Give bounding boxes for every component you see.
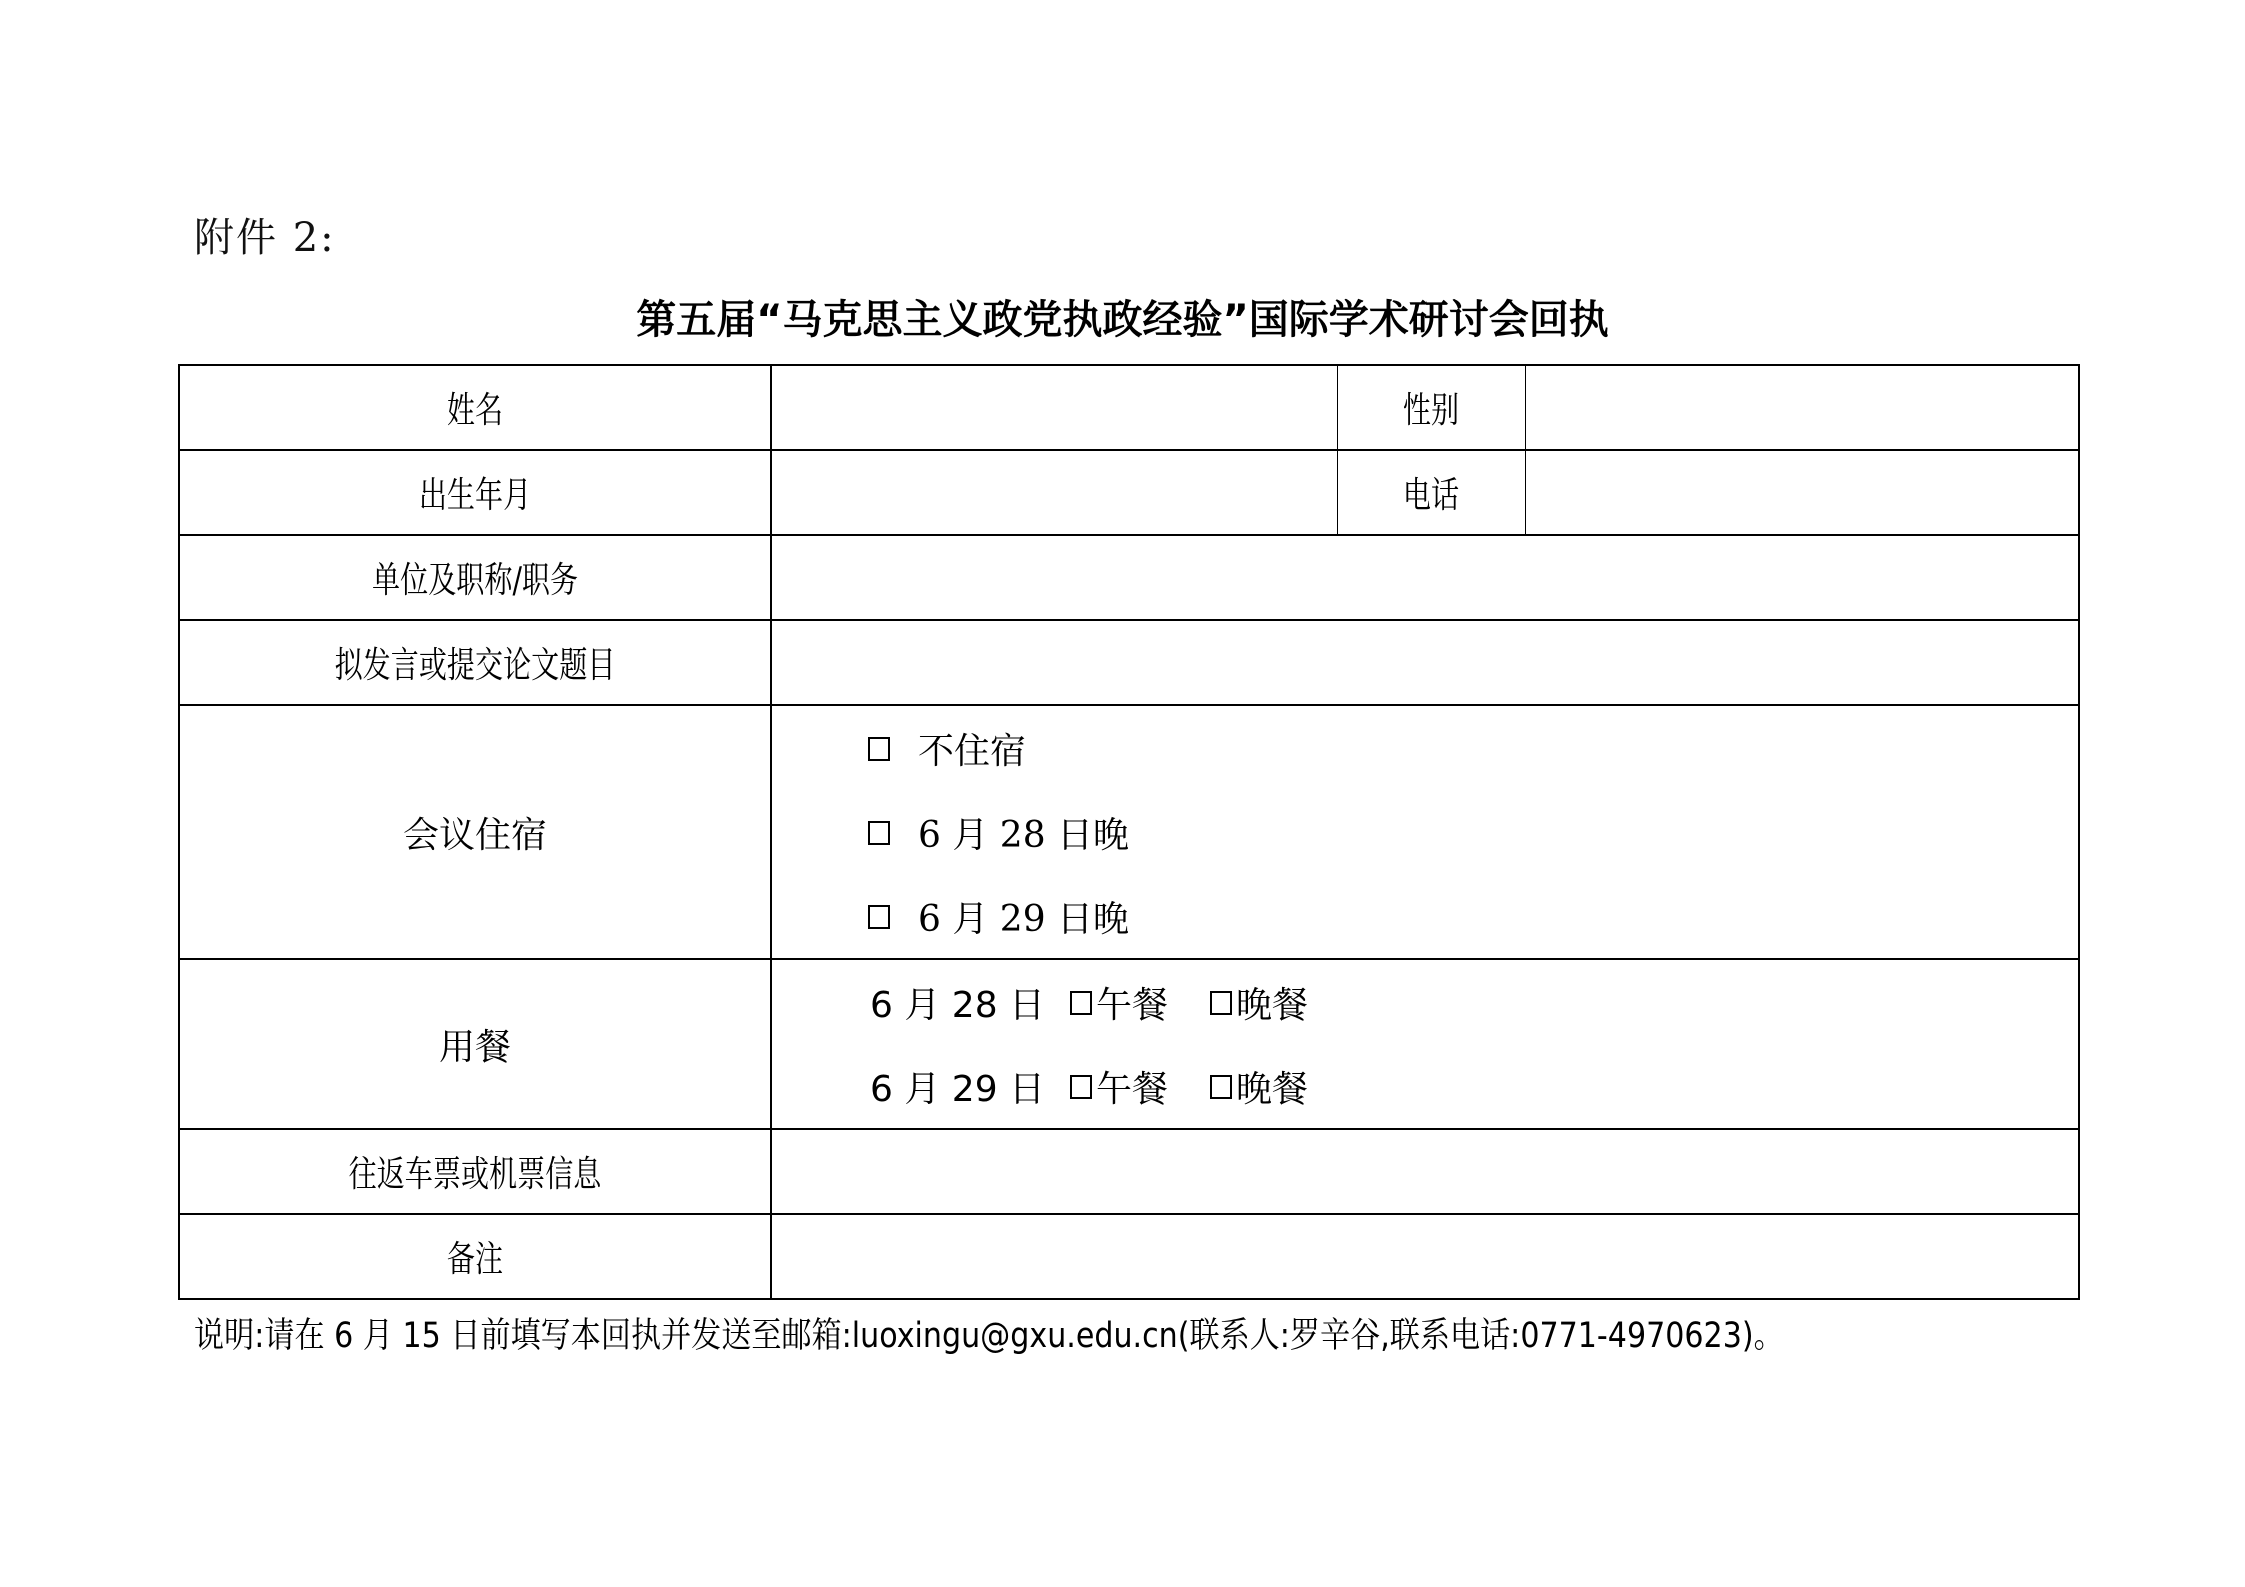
form-row-lodging: 会议住宿 不住宿 6 月 28 日晚 6 月 29 日晚: [179, 705, 2079, 959]
meal-day-june-29: 6 月 29 日 午餐 晚餐: [870, 1044, 2078, 1128]
meal-day-june-28: 6 月 28 日 午餐 晚餐: [870, 960, 2078, 1044]
meal-option-label: 晚餐: [1236, 1061, 1308, 1112]
lodging-label: 会议住宿: [403, 815, 547, 856]
checkbox-icon[interactable]: [868, 821, 890, 845]
meal-option-dinner[interactable]: 晚餐: [1210, 1061, 1308, 1112]
remarks-field[interactable]: [771, 1214, 2079, 1299]
checkbox-icon[interactable]: [1070, 991, 1092, 1015]
birth-label: 出生年月: [419, 467, 531, 518]
form-row-remarks: 备注: [179, 1214, 2079, 1299]
meal-option-dinner[interactable]: 晚餐: [1210, 977, 1308, 1028]
phone-field[interactable]: [1525, 450, 2079, 535]
lodging-option-none[interactable]: 不住宿: [868, 706, 2078, 790]
lodging-option-label: 6 月 29 日晚: [918, 891, 1129, 942]
registration-form-table: 姓名 性别 出生年月 电话 单位及职称/职务 拟发言或提交论文题目 会议住宿: [178, 364, 2080, 1300]
attachment-label: 附件 2:: [194, 208, 336, 268]
form-row-tickets: 往返车票或机票信息: [179, 1129, 2079, 1214]
lodging-option-label: 不住宿: [918, 723, 1026, 774]
meals-options: 6 月 28 日 午餐 晚餐 6 月 29 日 午餐: [772, 960, 2078, 1128]
meal-option-lunch[interactable]: 午餐: [1070, 977, 1168, 1028]
gender-label: 性别: [1403, 382, 1459, 433]
form-row-birth-phone: 出生年月 电话: [179, 450, 2079, 535]
paper-title-label-cell: 拟发言或提交论文题目: [179, 620, 771, 705]
phone-label-cell: 电话: [1337, 450, 1525, 535]
meal-date: 6 月 28 日: [870, 977, 1070, 1028]
remarks-label: 备注: [447, 1231, 503, 1282]
meals-label-cell: 用餐: [179, 959, 771, 1129]
birth-field[interactable]: [771, 450, 1337, 535]
lodging-label-cell: 会议住宿: [179, 705, 771, 959]
name-label: 姓名: [447, 382, 503, 433]
checkbox-icon[interactable]: [1210, 1075, 1232, 1099]
form-row-name-gender: 姓名 性别: [179, 365, 2079, 450]
lodging-option-june-29[interactable]: 6 月 29 日晚: [868, 874, 2078, 958]
document-title: 第五届“马克思主义政党执政经验”国际学术研讨会回执: [0, 290, 2245, 350]
lodging-options-cell: 不住宿 6 月 28 日晚 6 月 29 日晚: [771, 705, 2079, 959]
instructions-note: 说明:请在 6 月 15 日前填写本回执并发送至邮箱:luoxingu@gxu.…: [194, 1308, 1784, 1364]
tickets-label-cell: 往返车票或机票信息: [179, 1129, 771, 1214]
meal-option-label: 晚餐: [1236, 977, 1308, 1028]
name-label-cell: 姓名: [179, 365, 771, 450]
meals-options-cell: 6 月 28 日 午餐 晚餐 6 月 29 日 午餐: [771, 959, 2079, 1129]
affiliation-label: 单位及职称/职务: [372, 552, 578, 603]
lodging-option-june-28[interactable]: 6 月 28 日晚: [868, 790, 2078, 874]
meal-option-label: 午餐: [1096, 1061, 1168, 1112]
phone-label: 电话: [1403, 467, 1459, 518]
checkbox-icon[interactable]: [868, 737, 890, 761]
remarks-label-cell: 备注: [179, 1214, 771, 1299]
form-row-paper-title: 拟发言或提交论文题目: [179, 620, 2079, 705]
meal-date: 6 月 29 日: [870, 1061, 1070, 1112]
affiliation-field[interactable]: [771, 535, 2079, 620]
form-row-meals: 用餐 6 月 28 日 午餐 晚餐 6 月 29 日: [179, 959, 2079, 1129]
meals-label: 用餐: [439, 1027, 511, 1068]
checkbox-icon[interactable]: [1070, 1075, 1092, 1099]
tickets-field[interactable]: [771, 1129, 2079, 1214]
lodging-options: 不住宿 6 月 28 日晚 6 月 29 日晚: [772, 706, 2078, 958]
checkbox-icon[interactable]: [1210, 991, 1232, 1015]
paper-title-label: 拟发言或提交论文题目: [335, 637, 616, 688]
birth-label-cell: 出生年月: [179, 450, 771, 535]
lodging-option-label: 6 月 28 日晚: [918, 807, 1129, 858]
tickets-label: 往返车票或机票信息: [349, 1146, 602, 1197]
meal-option-lunch[interactable]: 午餐: [1070, 1061, 1168, 1112]
gender-label-cell: 性别: [1337, 365, 1525, 450]
meal-option-label: 午餐: [1096, 977, 1168, 1028]
paper-title-field[interactable]: [771, 620, 2079, 705]
name-field[interactable]: [771, 365, 1337, 450]
affiliation-label-cell: 单位及职称/职务: [179, 535, 771, 620]
gender-field[interactable]: [1525, 365, 2079, 450]
form-row-affiliation: 单位及职称/职务: [179, 535, 2079, 620]
checkbox-icon[interactable]: [868, 905, 890, 929]
